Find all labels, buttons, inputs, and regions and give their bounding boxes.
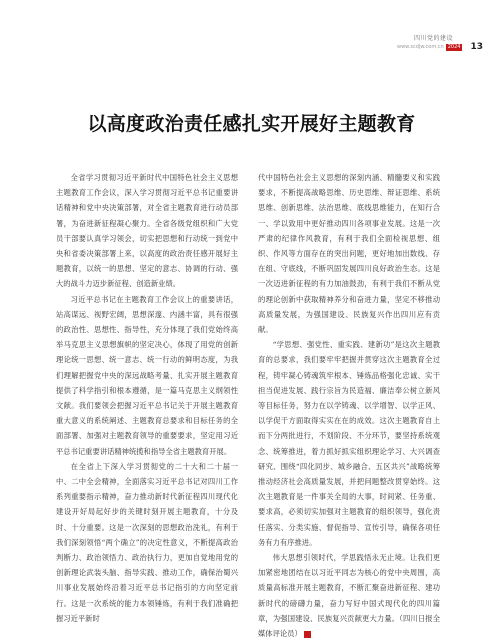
paragraph-text: 伟大思想引领时代，学思践悟永无止境。让我们更加紧密地团结在以习近平同志为核心的党…	[258, 553, 440, 638]
paragraph: 全省学习贯彻习近平新时代中国特色社会主义思想主题教育工作会议，深入学习贯彻习近平…	[56, 170, 238, 292]
article-title: 以高度政治责任感扎实开展好主题教育	[0, 109, 503, 136]
article-column-right: 代中国特色社会主义思想的深刻内涵、精髓要义和实践要求，不断提高战略思维、历史思维…	[258, 170, 440, 640]
paragraph: 在全省上下深入学习贯彻党的二十大和二十届一中、二中全会精神，全面落实习近平总书记…	[56, 459, 238, 626]
end-mark-icon	[304, 631, 311, 638]
magazine-name: 四川党的建设	[414, 33, 453, 42]
website-url: www.scdjw.com.cn	[397, 44, 444, 50]
article-column-left: 全省学习贯彻习近平新时代中国特色社会主义思想主题教育工作会议，深入学习贯彻习近平…	[56, 170, 238, 626]
paragraph: 习近平总书记在主题教育工作会议上的重要讲话，站高谋远、视野宏阔，思想深邃、内涵丰…	[56, 292, 238, 459]
paragraph: 伟大思想引领时代，学思践悟永无止境。让我们更加紧密地团结在以习近平同志为核心的党…	[258, 550, 440, 640]
paragraph: “学思想、强党性、重实践、建新功”是这次主题教育的总要求，我们要牢牢把握并贯穿这…	[258, 337, 440, 550]
header-meta-line: www.scdjw.com.cn 2024 13	[397, 42, 483, 52]
year-badge: 2024	[446, 44, 463, 51]
paragraph: 代中国特色社会主义思想的深刻内涵、精髓要义和实践要求，不断提高战略思维、历史思维…	[258, 170, 440, 337]
page-number: 13	[470, 42, 483, 52]
